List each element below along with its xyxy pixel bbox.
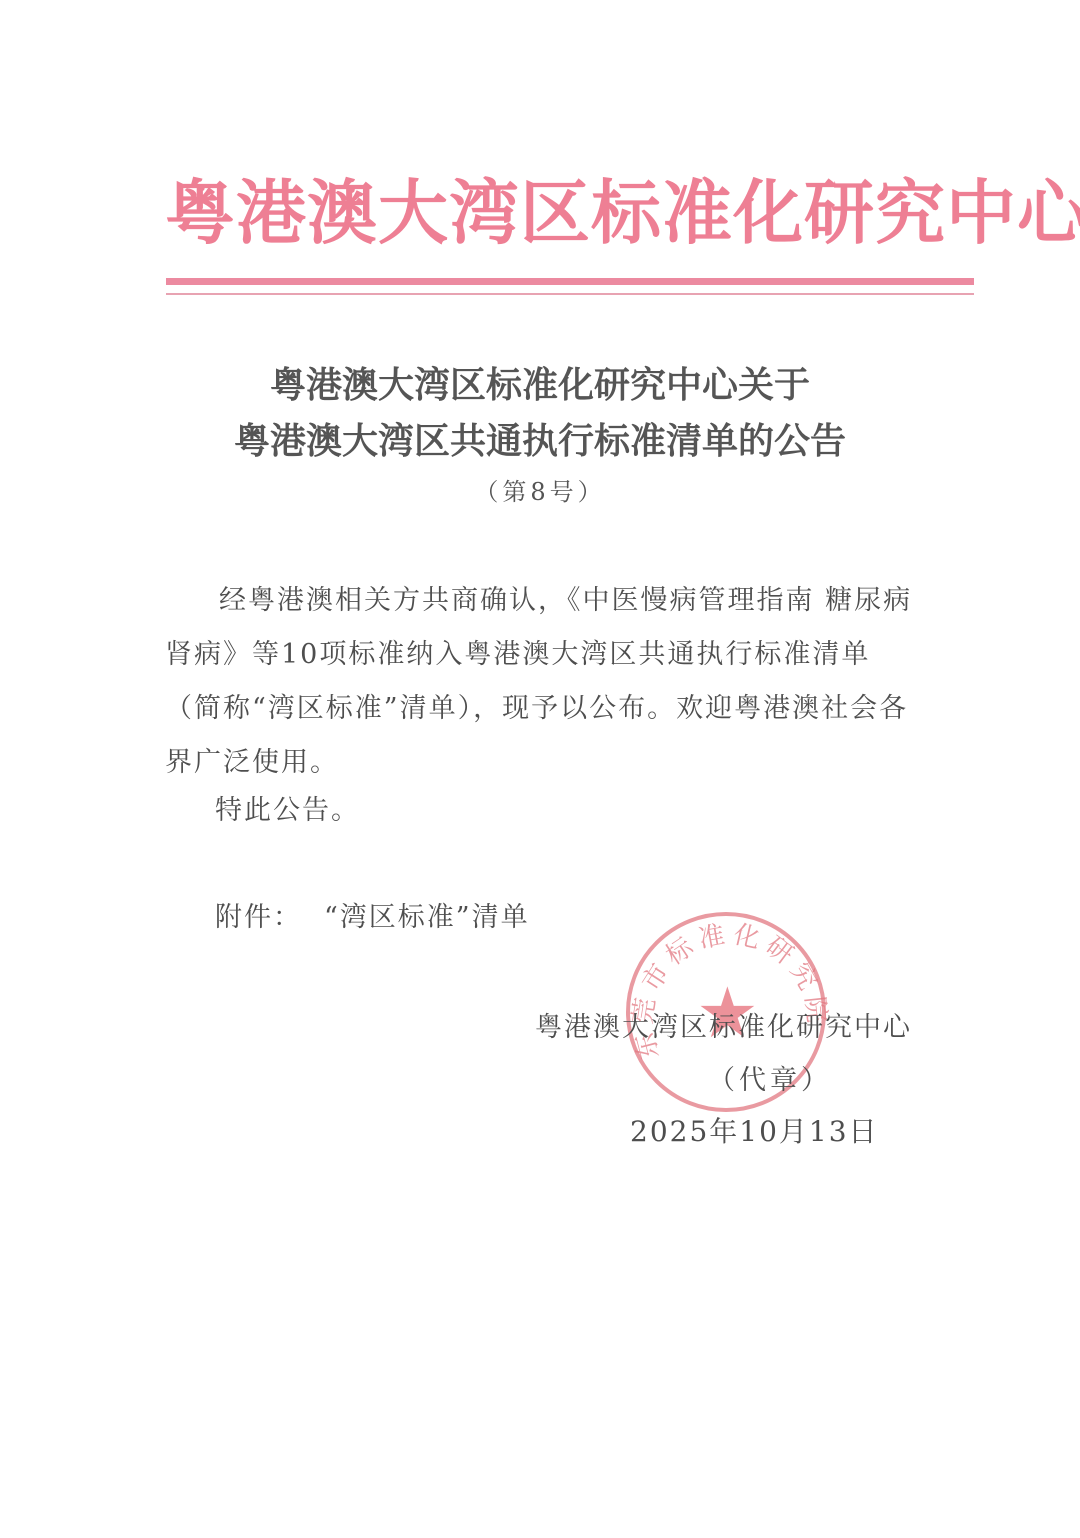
seal-note: （代章）	[708, 1058, 832, 1097]
body-paragraph: 经粤港澳相关方共商确认，《中医慢病管理指南 糖尿病肾病》等10项标准纳入粤港澳大…	[165, 574, 925, 790]
letterhead-title: 粤港澳大湾区标准化研究中心	[165, 168, 975, 258]
document-title-line1: 粤港澳大湾区标准化研究中心关于	[120, 357, 960, 408]
signature-org: 粤港澳大湾区标准化研究中心	[535, 1005, 912, 1044]
letterhead-rule-thin	[166, 293, 974, 295]
signature-date: 2025年10月13日	[630, 1110, 879, 1150]
attachment-line: 附件：“湾区标准”清单	[215, 895, 530, 934]
attachment-name: “湾区标准”清单	[324, 902, 530, 933]
letterhead-rule-thick	[166, 278, 974, 285]
attachment-label: 附件：	[215, 902, 302, 933]
closing-statement: 特此公告。	[215, 788, 360, 827]
document-number: （第8号）	[120, 472, 960, 507]
document-title-line2: 粤港澳大湾区共通执行标准清单的公告	[120, 413, 960, 464]
